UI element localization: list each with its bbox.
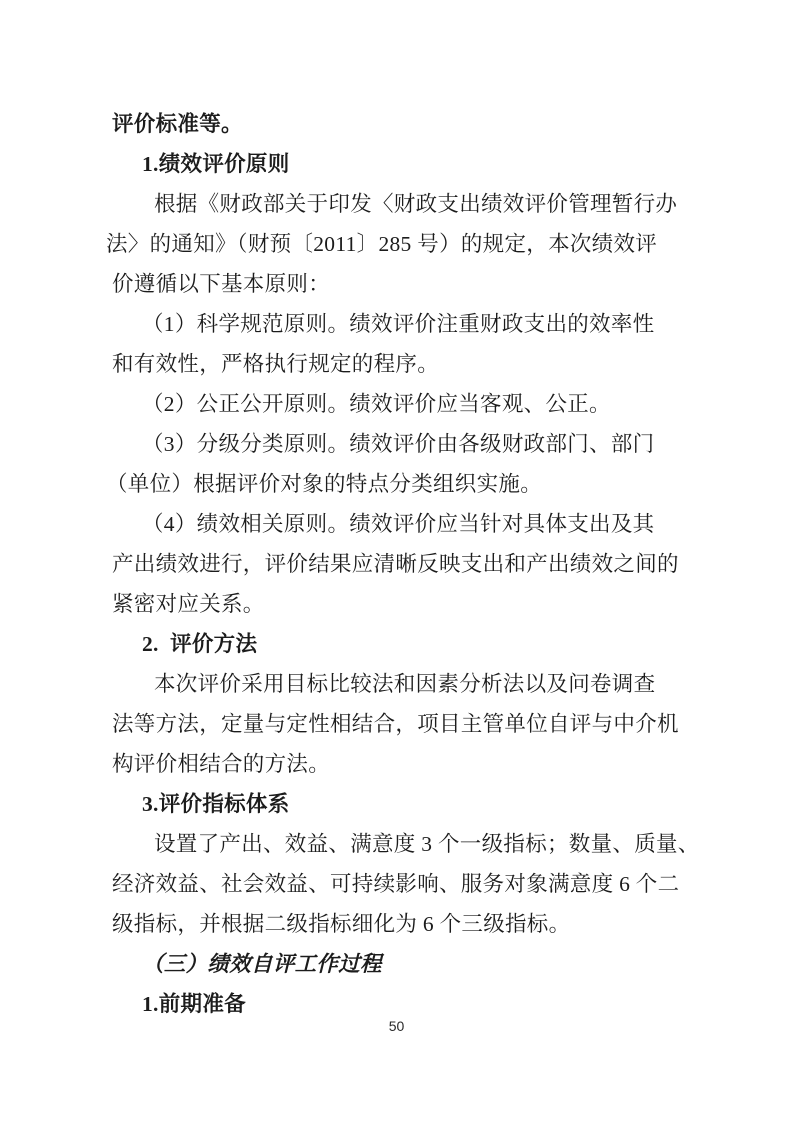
- text-line: 产出绩效进行，评价结果应清晰反映支出和产出绩效之间的: [112, 544, 676, 584]
- text-line: 根据《财政部关于印发〈财政支出绩效评价管理暂行办: [112, 184, 676, 224]
- text-line: 价遵循以下基本原则：: [112, 264, 676, 304]
- text-line: 和有效性，严格执行规定的程序。: [112, 344, 676, 384]
- text-line: 1.绩效评价原则: [112, 144, 676, 184]
- page-number: 50: [0, 1018, 793, 1034]
- text-line: 级指标，并根据二级指标细化为 6 个三级指标。: [112, 904, 676, 944]
- text-line: 法等方法，定量与定性相结合，项目主管单位自评与中介机: [112, 704, 676, 744]
- text-line: 3.评价指标体系: [112, 784, 676, 824]
- text-line: （2）公正公开原则。绩效评价应当客观、公正。: [112, 384, 676, 424]
- text-line: 法〉的通知》（财预〔2011〕285 号）的规定，本次绩效评: [112, 224, 676, 264]
- text-line: （单位）根据评价对象的特点分类组织实施。: [112, 464, 676, 504]
- text-line: （三）绩效自评工作过程: [112, 944, 676, 984]
- text-line: 紧密对应关系。: [112, 584, 676, 624]
- text-line: （4）绩效相关原则。绩效评价应当针对具体支出及其: [112, 504, 676, 544]
- document-page: 评价标准等。1.绩效评价原则根据《财政部关于印发〈财政支出绩效评价管理暂行办法〉…: [0, 0, 793, 1122]
- text-line: 本次评价采用目标比较法和因素分析法以及问卷调查: [112, 664, 676, 704]
- text-line: 经济效益、社会效益、可持续影响、服务对象满意度 6 个二: [112, 864, 676, 904]
- text-line: （1）科学规范原则。绩效评价注重财政支出的效率性: [112, 304, 676, 344]
- text-line: 设置了产出、效益、满意度 3 个一级指标；数量、质量、: [112, 824, 676, 864]
- text-line: 构评价相结合的方法。: [112, 744, 676, 784]
- text-line: 2. 评价方法: [112, 624, 676, 664]
- text-block: 评价标准等。1.绩效评价原则根据《财政部关于印发〈财政支出绩效评价管理暂行办法〉…: [112, 104, 676, 1024]
- text-line: 评价标准等。: [112, 104, 676, 144]
- text-line: （3）分级分类原则。绩效评价由各级财政部门、部门: [112, 424, 676, 464]
